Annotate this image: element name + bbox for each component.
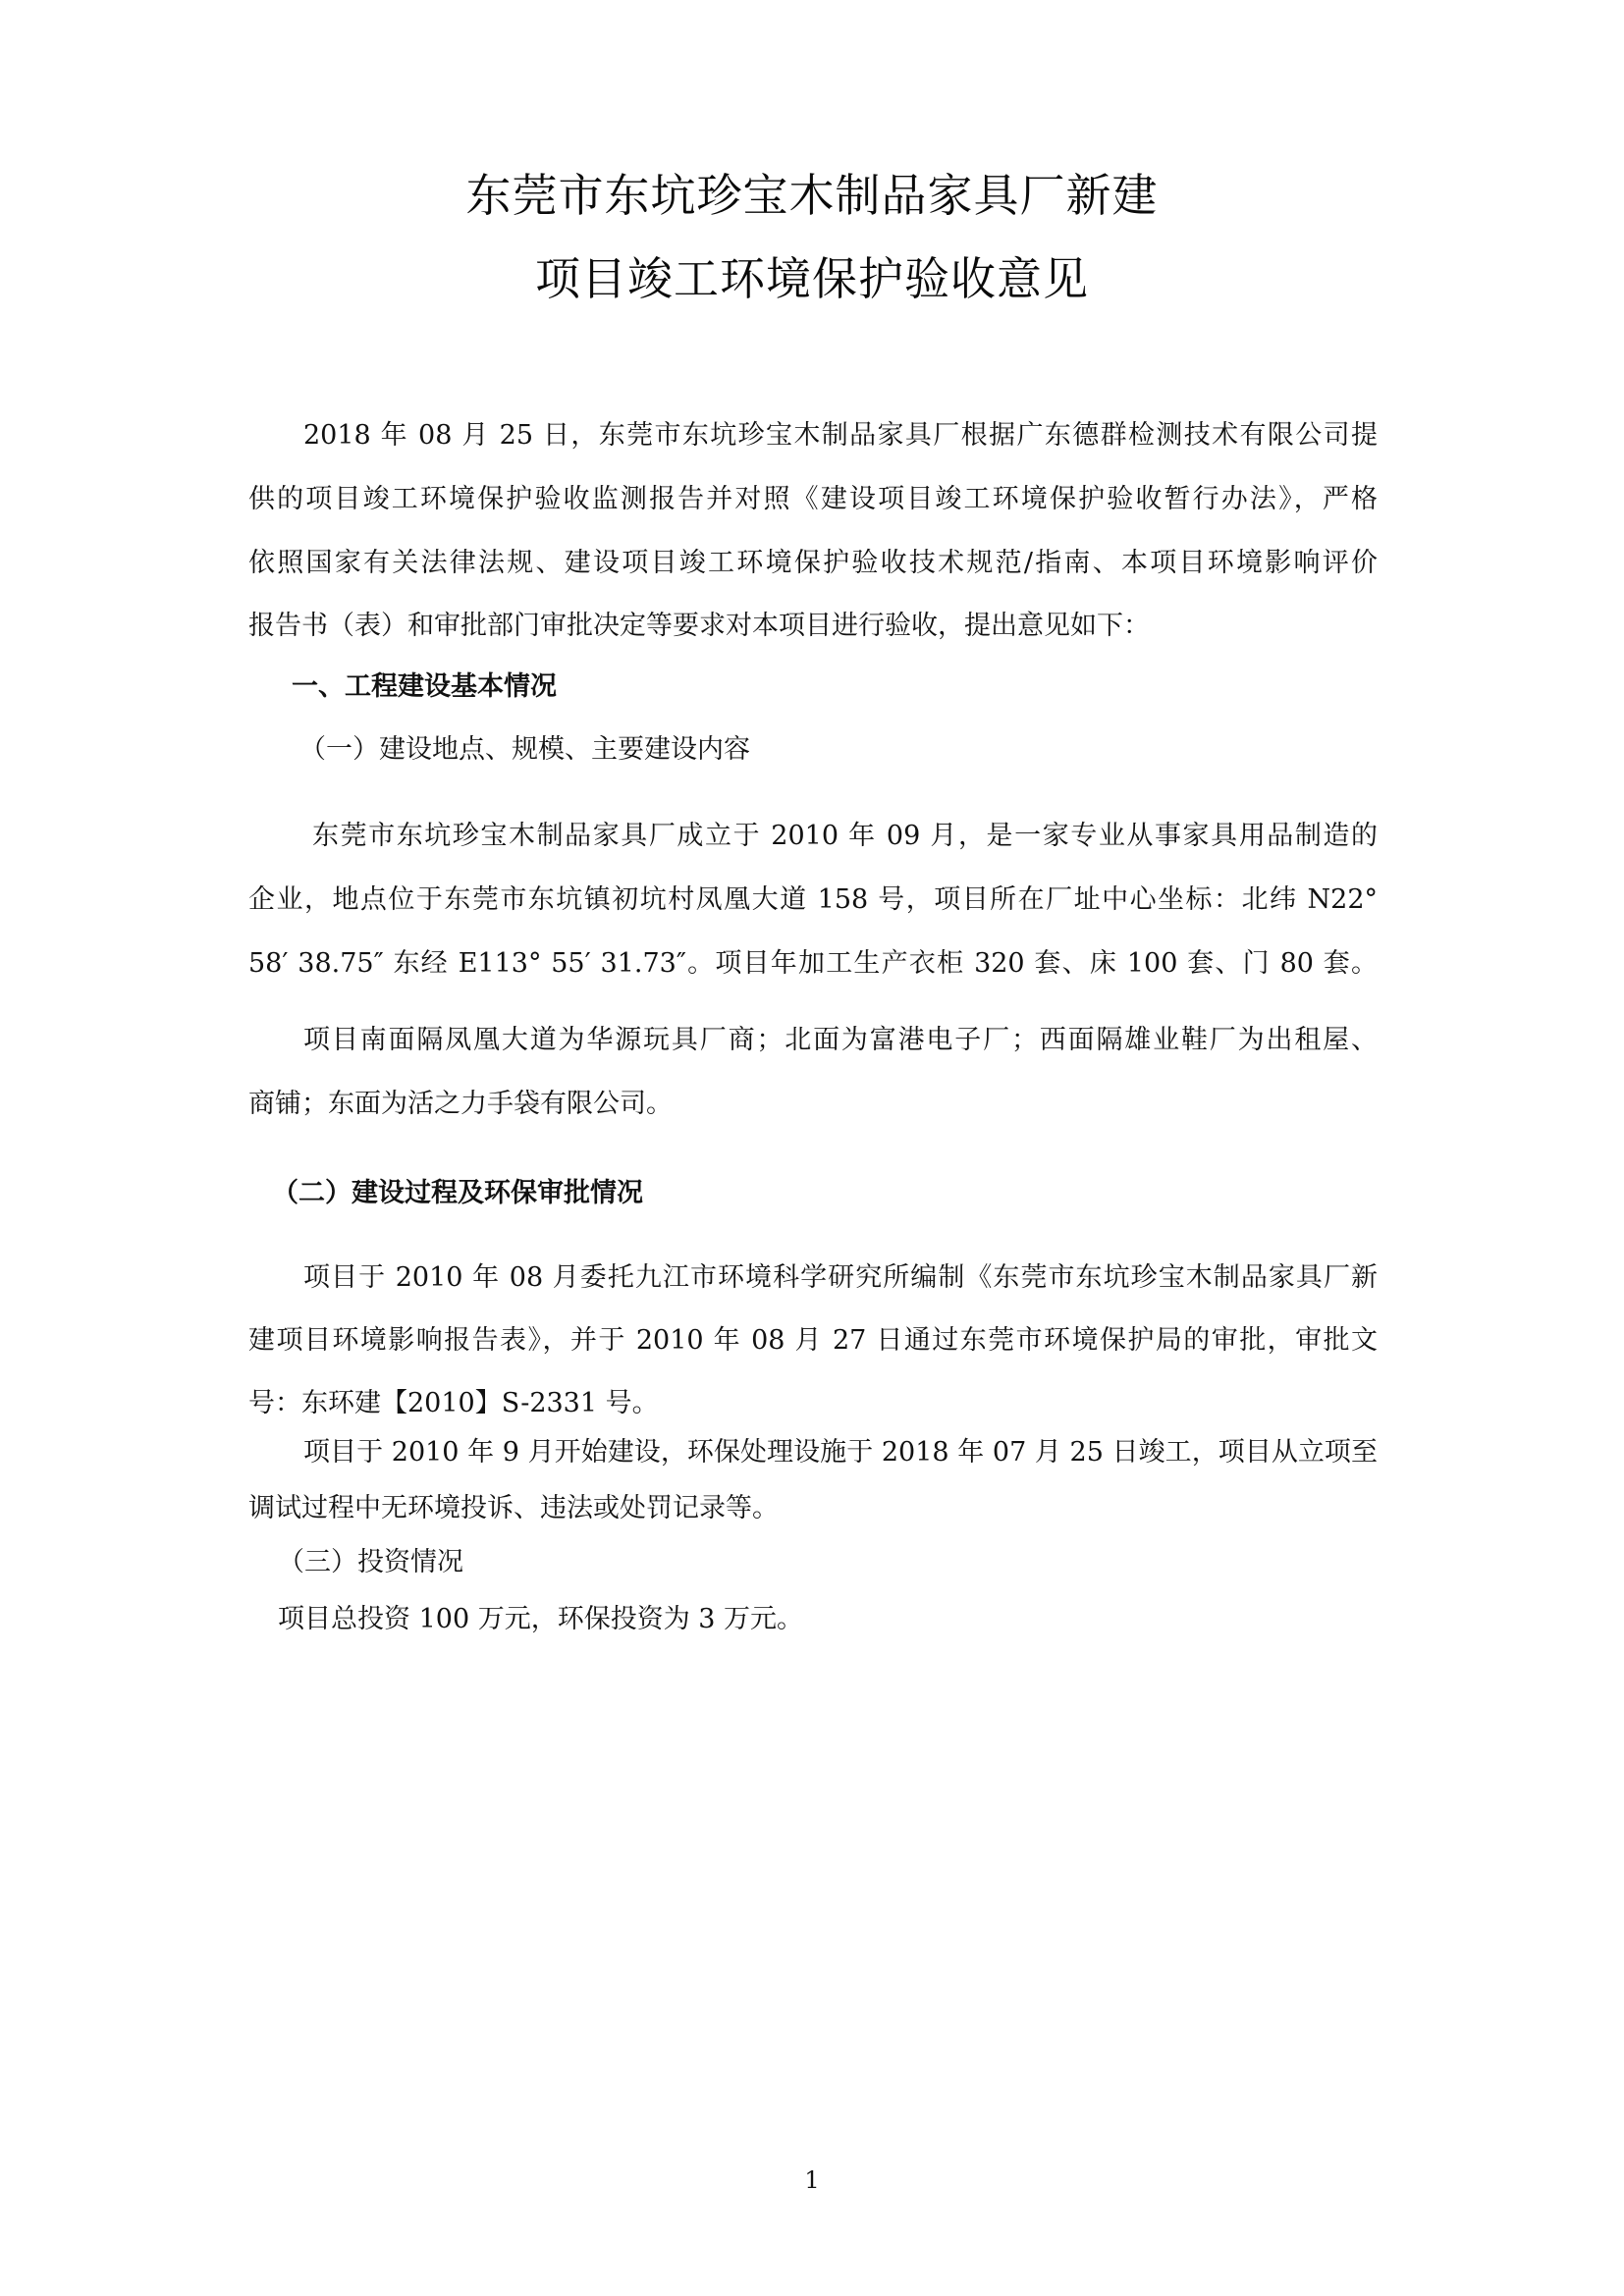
document-title-line-1: 东莞市东坑珍宝木制品家具厂新建 — [0, 160, 1624, 225]
page-number: 1 — [0, 2166, 1624, 2194]
document-page: 东莞市东坑珍宝木制品家具厂新建 项目竣工环境保护验收意见 2018 年 08 月… — [0, 0, 1624, 2296]
intro-line-2: 供的项目竣工环境保护验收监测报告并对照《建设项目竣工环境保护验收暂行办法》，严格 — [248, 484, 1378, 515]
subsection-1-para-2-line-2: 商铺；东面为活之力手袋有限公司。 — [248, 1089, 1378, 1120]
intro-line-4: 报告书（表）和审批部门审批决定等要求对本项目进行验收，提出意见如下： — [248, 611, 1378, 642]
subsection-2-para-1-line-2: 建项目环境影响报告表》，并于 2010 年 08 月 27 日通过东莞市环境保护… — [248, 1325, 1378, 1357]
document-title-line-2: 项目竣工环境保护验收意见 — [0, 243, 1624, 308]
subsection-1-para-1-line-1: 东莞市东坑珍宝木制品家具厂成立于 2010 年 09 月，是一家专业从事家具用品… — [312, 821, 1378, 852]
subsection-1-heading: （一）建设地点、规模、主要建设内容 — [299, 734, 1429, 766]
subsection-2-para-2-line-2: 调试过程中无环境投诉、违法或处罚记录等。 — [248, 1493, 1378, 1524]
subsection-3-heading: （三）投资情况 — [278, 1547, 1407, 1578]
subsection-1-para-2-line-1: 项目南面隔凤凰大道为华源玩具厂商；北面为富港电子厂；西面隔雄业鞋厂为出租屋、 — [303, 1025, 1378, 1056]
intro-line-3: 依照国家有关法律法规、建设项目竣工环境保护验收技术规范/指南、本项目环境影响评价 — [248, 548, 1378, 579]
subsection-2-para-1-line-3: 号：东环建【2010】S-2331 号。 — [248, 1388, 1378, 1419]
subsection-1-para-1-line-2: 企业，地点位于东莞市东坑镇初坑村凤凰大道 158 号，项目所在厂址中心坐标：北纬… — [248, 884, 1378, 916]
subsection-1-para-1-line-3: 58′ 38.75″ 东经 E113° 55′ 31.73″。项目年加工生产衣柜… — [248, 948, 1378, 980]
subsection-2-heading: （二）建设过程及环保审批情况 — [272, 1178, 1401, 1209]
subsection-2-para-1-line-1: 项目于 2010 年 08 月委托九江市环境科学研究所编制《东莞市东坑珍宝木制品… — [303, 1262, 1378, 1294]
intro-line-1: 2018 年 08 月 25 日，东莞市东坑珍宝木制品家具厂根据广东德群检测技术… — [303, 420, 1378, 452]
subsection-2-para-2-line-1: 项目于 2010 年 9 月开始建设，环保处理设施于 2018 年 07 月 2… — [303, 1437, 1378, 1468]
section-1-heading: 一、工程建设基本情况 — [292, 671, 1421, 703]
subsection-3-para-1-line-1: 项目总投资 100 万元，环保投资为 3 万元。 — [278, 1604, 1407, 1635]
